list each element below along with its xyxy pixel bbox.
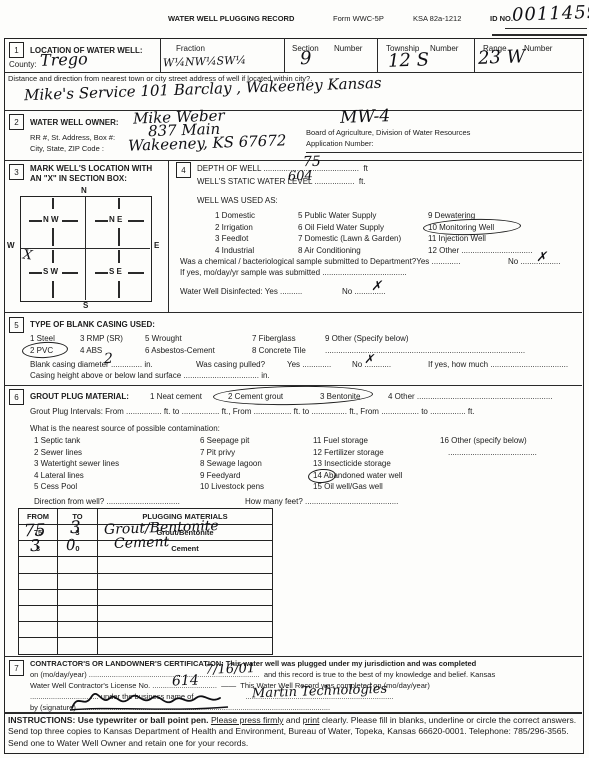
quadrant-ne-label: N E — [109, 215, 122, 224]
static-water-level-label: WELL'S STATIC WATER LEVEL ..............… — [197, 177, 366, 186]
section-box-diagram — [20, 196, 152, 302]
casing-pulled-label: Was casing pulled? — [196, 360, 265, 369]
completion-date-value: 7/16/01 — [205, 661, 256, 678]
range-value: 23 W — [478, 46, 526, 69]
table-row — [19, 605, 273, 621]
grout-option-other: 4 Other ................................… — [388, 392, 552, 401]
section2-title: WATER WELL OWNER: — [30, 118, 119, 127]
table-row — [19, 589, 273, 605]
owner-city-label: City, State, ZIP Code : — [30, 144, 104, 153]
license-number-value: 614 — [172, 673, 199, 690]
quadrant-sw-label: S W — [43, 267, 58, 276]
section3-number: 3 — [9, 164, 24, 180]
owner-address-label: RR #, St. Address, Box #: — [30, 133, 115, 142]
county-value: Trego — [40, 49, 88, 70]
county-label: County: — [9, 60, 37, 69]
sample-no-x-mark: ✗ — [536, 250, 547, 265]
board-label: Board of Agriculture, Division of Water … — [306, 128, 470, 137]
signature-scrawl — [68, 688, 238, 714]
sample-question: Was a chemical / bacteriological sample … — [180, 257, 460, 266]
section6-number: 6 — [9, 389, 24, 405]
quadrant-nw-label: N W — [43, 215, 59, 224]
section7-number: 7 — [9, 660, 24, 676]
casing-height-label: Casing height above or below land surfac… — [30, 371, 270, 380]
quadrant-se-label: S E — [109, 267, 122, 276]
sample-no-label: No .................. — [508, 257, 560, 266]
contamination-other-dots: ........................................ — [448, 448, 537, 457]
used-as-column-1: 1 Domestic2 Irrigation3 Feedlot4 Industr… — [215, 211, 255, 257]
contamination-other-label: 16 Other (specify below) — [440, 436, 527, 445]
section1-number: 1 — [9, 42, 24, 58]
township-value: 12 S — [388, 49, 430, 71]
certification-line2: on (mo/day/year) .......................… — [30, 670, 495, 679]
depth-of-well-label: DEPTH OF WELL ..........................… — [197, 164, 368, 173]
casing-option-asbestos: 6 Asbestos-Cement — [145, 346, 215, 355]
direction-from-well-label: Direction from well? ...................… — [34, 497, 180, 506]
section5-title: TYPE OF BLANK CASING USED: — [30, 320, 155, 329]
how-much-label: If yes, how much .......................… — [428, 360, 568, 369]
casing-option-wrought: 5 Wrought — [145, 334, 182, 343]
used-as-column-2: 5 Public Water Supply6 Oil Field Water S… — [298, 211, 401, 257]
casing-diameter-value: 2 — [104, 351, 113, 367]
well-name-value: MW-4 — [340, 106, 391, 128]
water-well-plugging-record-form: WATER WELL PLUGGING RECORD Form WWC-5P K… — [0, 0, 589, 758]
section2-number: 2 — [9, 114, 24, 130]
how-many-feet-label: How many feet? .........................… — [245, 497, 398, 506]
casing-diameter-label: Blank casing diameter .............. in. — [30, 360, 153, 369]
disinfected-no-x-mark: ✗ — [371, 279, 382, 294]
form-statute: KSA 82a-1212 — [413, 14, 461, 23]
section6-title: GROUT PLUG MATERIAL: — [30, 392, 129, 401]
casing-other-dotted-line: ........................................… — [325, 346, 525, 355]
casing-option-concrete: 8 Concrete Tile — [252, 346, 306, 355]
fraction-label: Fraction — [176, 44, 205, 53]
grout-intervals-label: Grout Plug Intervals: From .............… — [30, 407, 475, 416]
casing-pulled-no-x-mark: ✗ — [364, 352, 375, 366]
table-row — [19, 638, 273, 654]
form-number: Form WWC-5P — [333, 14, 384, 23]
contamination-column-3: 11 Fuel storage12 Fertilizer storage13 I… — [313, 436, 402, 494]
compass-west-label: W — [7, 241, 15, 250]
table-from-2: 3 — [30, 536, 41, 555]
form-title: WATER WELL PLUGGING RECORD — [168, 14, 294, 23]
static-water-level-value: 604 — [288, 169, 313, 185]
table-row — [19, 557, 273, 573]
casing-option-other: 9 Other (Specify below) — [325, 334, 409, 343]
range-number-label: Number — [524, 44, 552, 53]
compass-east-label: E — [154, 241, 159, 250]
table-material-2: Cement — [114, 534, 170, 552]
instructions-text: INSTRUCTIONS: Use typewriter or ball poi… — [8, 715, 580, 749]
contamination-column-1: 1 Septic tank2 Sewer lines3 Watertight s… — [34, 436, 119, 494]
id-value-handwritten: 00114596 — [512, 1, 589, 25]
if-yes-label: If yes, mo/day/yr sample was submitted .… — [180, 268, 407, 277]
casing-option-fiberglass: 7 Fiberglass — [252, 334, 296, 343]
id-label: ID NO. — [490, 14, 513, 23]
section3-title-line1: MARK WELL'S LOCATION WITH — [30, 164, 152, 173]
township-number-label: Number — [430, 44, 458, 53]
application-number-label: Application Number: — [306, 139, 374, 148]
disinfected-label: Water Well Disinfected: Yes .......... — [180, 287, 302, 296]
contamination-label: What is the nearest source of possible c… — [30, 424, 220, 433]
casing-option-rmp: 3 RMP (SR) — [80, 334, 123, 343]
compass-north-label: N — [81, 186, 87, 195]
section4-number: 4 — [176, 162, 191, 178]
table-row — [19, 622, 273, 638]
section-value: 9 — [300, 48, 312, 69]
table-row — [19, 573, 273, 589]
section5-number: 5 — [9, 317, 24, 333]
section-number-label: Number — [334, 44, 362, 53]
contamination-column-2: 6 Seepage pit7 Pit privy8 Sewage lagoon9… — [200, 436, 264, 494]
grout-option-neat-cement: 1 Neat cement — [150, 392, 202, 401]
table-to-2: 0 — [66, 536, 76, 554]
casing-pulled-yes: Yes ............. — [287, 360, 331, 369]
compass-south-label: S — [83, 301, 88, 310]
section3-title-line2: AN "X" IN SECTION BOX: — [30, 174, 127, 183]
casing-option-abs: 4 ABS — [80, 346, 102, 355]
well-used-as-label: WELL WAS USED AS: — [197, 196, 278, 205]
